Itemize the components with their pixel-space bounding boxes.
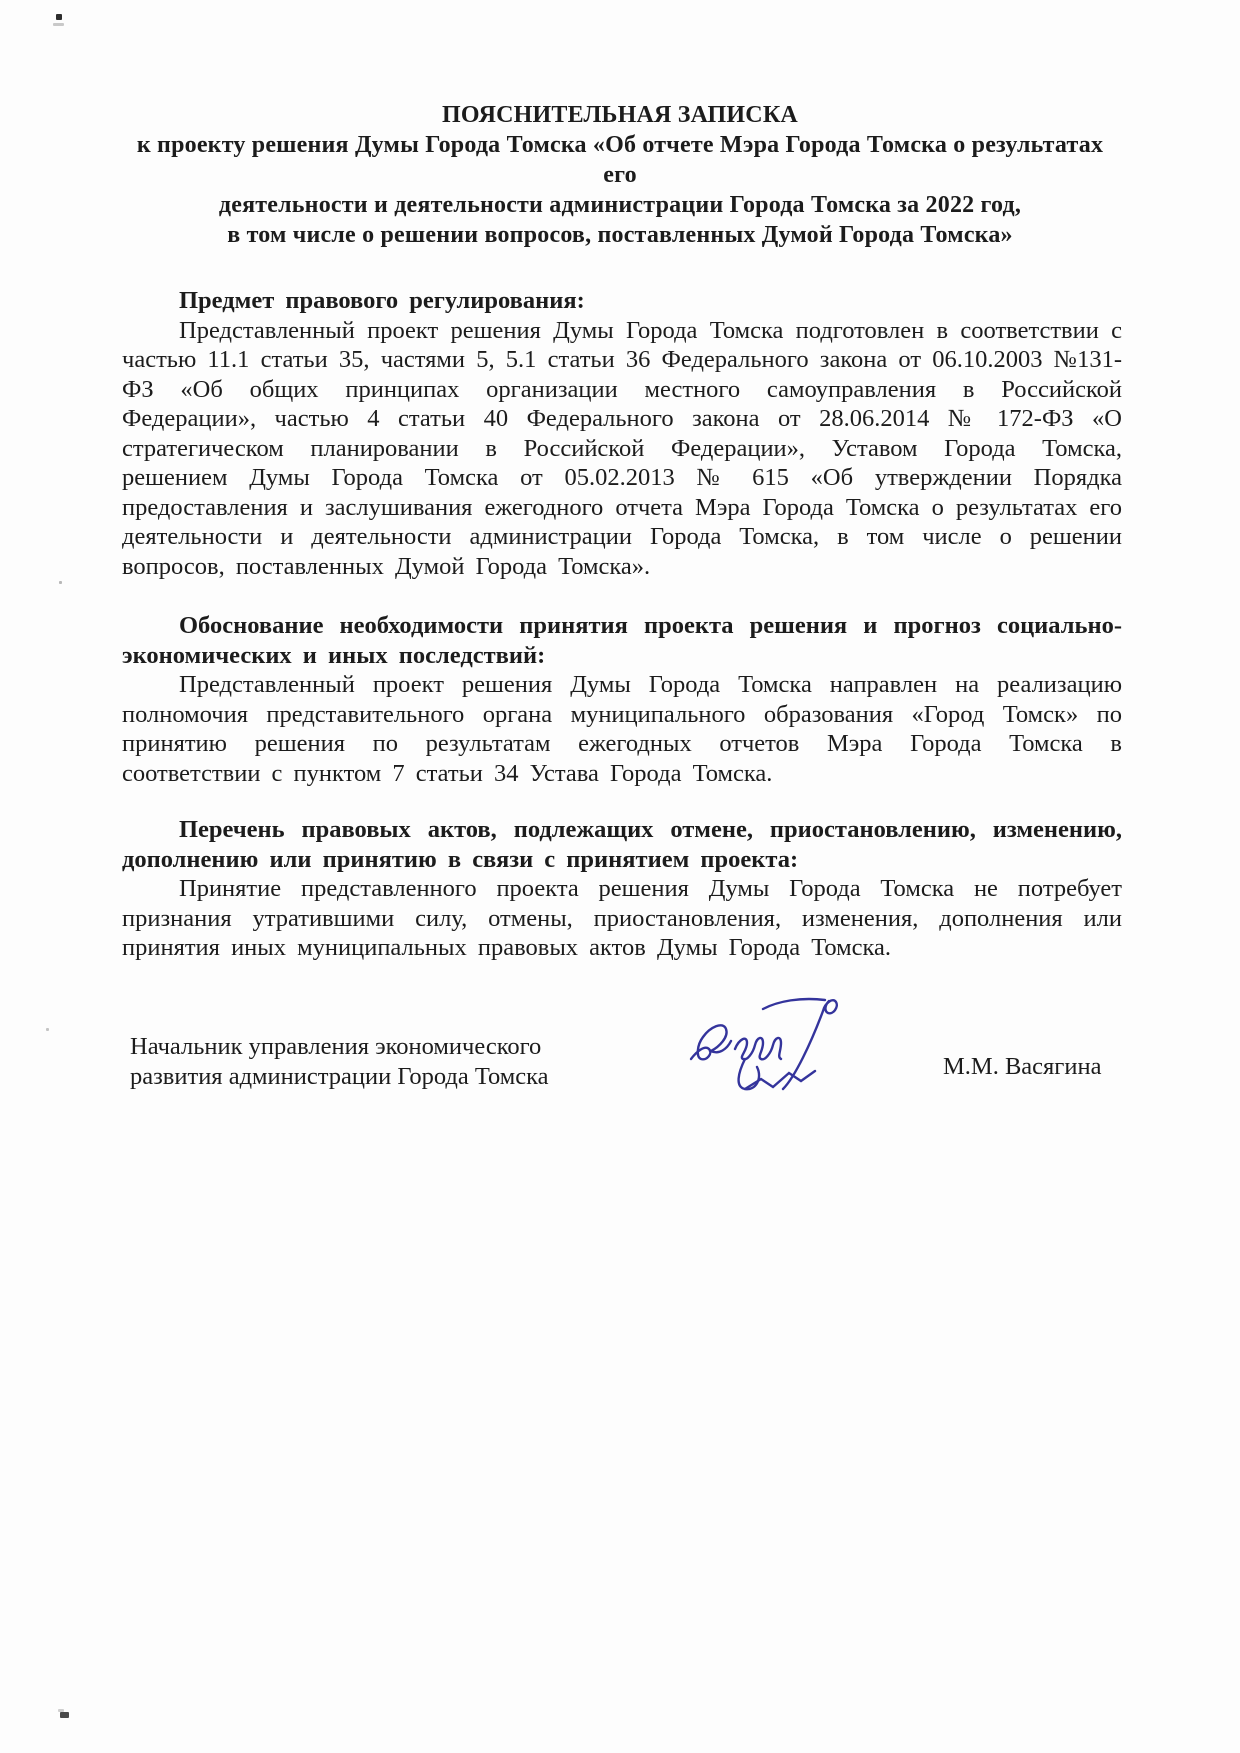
title-line-2: к проекту решения Думы Города Томска «Об… (120, 130, 1120, 190)
scan-speck (58, 1709, 64, 1712)
scan-speck (53, 23, 64, 26)
section-paragraph: Принятие представленного проекта решения… (122, 874, 1122, 963)
signatory-position-line-1: Начальник управления экономического (130, 1032, 549, 1062)
scan-speck (56, 14, 62, 20)
section-affected-acts: Перечень правовых актов, подлежащих отме… (122, 815, 1122, 963)
section-paragraph: Представленный проект решения Думы Город… (122, 670, 1122, 788)
title-line-1: ПОЯСНИТЕЛЬНАЯ ЗАПИСКА (120, 100, 1120, 130)
document-title: ПОЯСНИТЕЛЬНАЯ ЗАПИСКА к проекту решения … (120, 100, 1120, 250)
section-heading: Обоснование необходимости принятия проек… (122, 611, 1122, 670)
scan-speck (46, 1028, 49, 1031)
title-line-4: в том числе о решении вопросов, поставле… (120, 220, 1120, 250)
scan-speck (60, 1712, 69, 1718)
section-legal-subject: Предмет правового регулирования: Предста… (122, 286, 1122, 581)
section-heading: Перечень правовых актов, подлежащих отме… (122, 815, 1122, 874)
scan-speck (59, 581, 62, 584)
document-page: ПОЯСНИТЕЛЬНАЯ ЗАПИСКА к проекту решения … (0, 0, 1240, 1753)
section-justification: Обоснование необходимости принятия проек… (122, 611, 1122, 788)
handwritten-signature-ink (683, 991, 845, 1105)
signatory-name: М.М. Васягина (943, 1052, 1101, 1082)
signatory-position: Начальник управления экономического разв… (130, 1032, 549, 1091)
title-line-3: деятельности и деятельности администраци… (120, 190, 1120, 220)
section-paragraph: Представленный проект решения Думы Город… (122, 316, 1122, 582)
document-body: Предмет правового регулирования: Предста… (122, 286, 1122, 963)
signatory-position-line-2: развития администрации Города Томска (130, 1062, 549, 1092)
section-heading: Предмет правового регулирования: (122, 286, 1122, 316)
